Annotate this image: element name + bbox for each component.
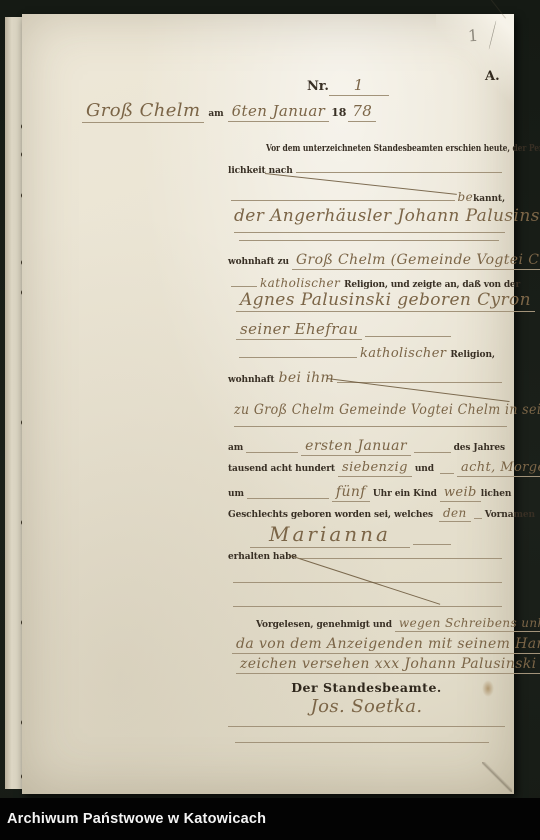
blank-rule — [239, 240, 499, 241]
child-name-entry: Marianna — [250, 522, 410, 548]
religion-line-2: katholischer Religion, — [236, 346, 505, 361]
archive-name-label: Archiwum Państwowe w Katowicach — [0, 811, 266, 827]
erhalten-label: erhalten habe — [228, 552, 297, 562]
birth-year-line: tausend acht hundert siebenzig und acht,… — [228, 460, 509, 477]
place-date-line: Groß Chelm am 6ten Januar 18 78 — [82, 100, 462, 123]
des-jahres-label: des Jahres — [454, 443, 505, 453]
blank-rule — [365, 336, 451, 337]
nr-label: Nr. — [307, 79, 329, 94]
birth-day-entry: ersten Januar — [301, 438, 411, 456]
register-page: 1 A. Nr. 1 Groß Chelm am 6ten Januar 18 … — [22, 14, 514, 794]
religion-line-1: katholischer Religion, und zeigte an, da… — [228, 276, 505, 290]
blank-rule — [233, 582, 502, 583]
child-name-line: Marianna — [250, 522, 454, 548]
blank-rule — [296, 172, 502, 173]
blank-rule — [247, 498, 329, 499]
birth-day-line: am ersten Januar des Jahres — [228, 438, 505, 456]
closing-line-2: da von dem Anzeigenden mit seinem Hand — [232, 636, 505, 654]
place-entry: Groß Chelm — [82, 100, 204, 123]
wohnhaft-label: wohnhaft — [228, 375, 274, 385]
blank-line — [230, 602, 505, 610]
residence-line: wohnhaft zu Groß Chelm (Gemeinde Vogtei … — [228, 252, 505, 270]
archive-watermark-bar: Archiwum Państwowe w Katowicach — [0, 798, 540, 840]
und-label: und — [415, 464, 434, 474]
date-entry: 6ten Januar — [228, 102, 330, 122]
den-entry: den — [439, 506, 471, 522]
document-scan: 1 A. Nr. 1 Groß Chelm am 6ten Januar 18 … — [0, 0, 540, 840]
intro-line-1: Vor dem unterzeichneten Standesbeamten e… — [266, 144, 508, 154]
blank-line — [232, 738, 492, 746]
um-label: um — [228, 489, 244, 499]
bekannt-printed: kannt, — [473, 194, 505, 204]
closing-line-3: zeichen versehen xxx Johann Palusinski — [236, 656, 505, 674]
bekannt-entry: be — [458, 190, 474, 204]
registrar-signature-line: Jos. Soetka. — [228, 696, 505, 727]
decade-entry: siebenzig — [338, 460, 412, 477]
am2-label: am — [228, 443, 243, 453]
erhalten-line: erhalten habe — [228, 552, 505, 562]
corner-crease-bottom — [482, 762, 512, 792]
declarant-entry: der Angerhäusler Johann Palusinski — [234, 206, 540, 226]
gender-entry: weib — [440, 485, 481, 502]
closing-line-1: Vorgelesen, genehmigt und wegen Schreibe… — [256, 616, 509, 632]
residence-entry: Groß Chelm (Gemeinde Vogtei Chelm) — [292, 252, 540, 270]
registrar-title-line: Der Standesbeamte. — [228, 680, 505, 695]
registrar-signature: Jos. Soetka. — [311, 696, 423, 717]
year-printed: 18 — [331, 106, 346, 119]
am-label: am — [208, 109, 223, 119]
closing-entry-3: zeichen versehen xxx Johann Palusinski — [236, 656, 540, 674]
declarant-line: der Angerhäusler Johann Palusinski — [234, 206, 505, 233]
birthplace-line: zu Groß Chelm Gemeinde Vogtei Chelm in s… — [234, 402, 507, 427]
uhr-label: Uhr ein Kind — [373, 489, 437, 499]
blank-rule — [235, 742, 489, 743]
form-letter-label: A. — [485, 69, 500, 84]
blank-rule — [239, 357, 357, 358]
bekannt-line: be kannt, — [228, 190, 505, 204]
wohnhaft-zu-label: wohnhaft zu — [228, 257, 289, 267]
pencil-page-number: 1 — [467, 26, 478, 46]
hour-entry: fünf — [332, 484, 370, 502]
closing-entry-1: wegen Schreibens unkundig — [395, 616, 540, 632]
religion-printed-2: Religion, — [450, 350, 495, 360]
record-number-line: Nr. 1 — [307, 76, 447, 96]
mother-line: Agnes Palusinski geboren Cyron — [236, 290, 505, 312]
birthplace-entry: zu Groß Chelm Gemeinde Vogtei Chelm in s… — [234, 402, 540, 418]
blank-rule — [440, 473, 454, 474]
mother-entry: Agnes Palusinski geboren Cyron — [236, 290, 535, 312]
religion-entry-2: katholischer — [360, 346, 446, 361]
blank-rule — [233, 606, 502, 607]
registrar-label: Der Standesbeamte. — [291, 680, 442, 695]
vornamen-label: Vornamen — [485, 510, 535, 520]
blank-rule — [474, 518, 482, 519]
mother-relation-line: seiner Ehefrau — [236, 320, 454, 340]
blank-rule — [231, 200, 455, 201]
intro-text-1: Vor dem unterzeichneten Standesbeamten e… — [266, 144, 540, 154]
birth-hour-line: um fünf Uhr ein Kind weib lichen — [228, 484, 505, 502]
blank-rule — [300, 558, 502, 559]
geschlecht-text: Geschlechts geboren worden sei, welches — [228, 510, 433, 520]
year-unit-entry: acht, Morgens — [457, 460, 540, 477]
geschlecht-line: Geschlechts geboren worden sei, welches … — [228, 506, 505, 522]
religion-printed-1: Religion, und zeigte an, daß von der — [344, 280, 520, 290]
record-number-value: 1 — [329, 76, 389, 96]
gender-suffix: lichen — [481, 489, 512, 499]
closing-entry-2: da von dem Anzeigenden mit seinem Hand — [232, 636, 540, 654]
tausend-label: tausend acht hundert — [228, 464, 335, 474]
closing-printed: Vorgelesen, genehmigt und — [256, 620, 392, 630]
mother-residence-entry: bei ihm — [278, 370, 334, 386]
blank-rule — [413, 544, 451, 545]
blank-rule — [231, 286, 257, 287]
blank-line — [236, 236, 502, 244]
religion-entry-1: katholischer — [260, 276, 340, 290]
mother-relation-entry: seiner Ehefrau — [236, 320, 362, 340]
year-entry: 78 — [348, 102, 376, 122]
blank-rule — [246, 452, 298, 453]
blank-rule — [414, 452, 451, 453]
